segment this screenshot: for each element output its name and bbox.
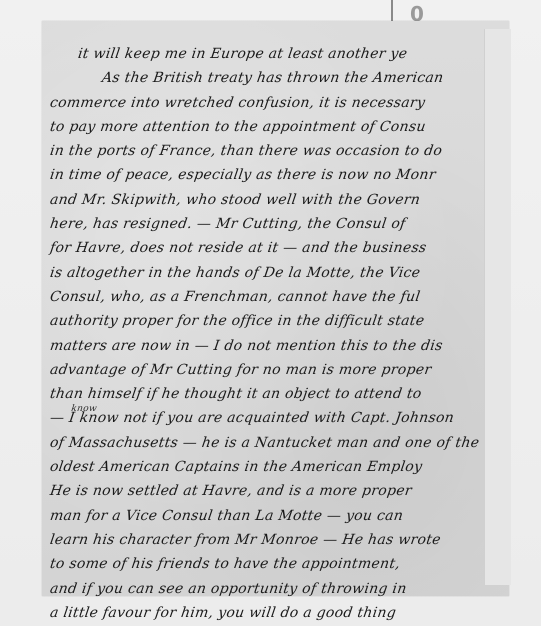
manuscript-line: He is now settled at Havre, and is a mor… xyxy=(48,479,491,503)
manuscript-line: man for a Vice Consul than La Motte — yo… xyxy=(48,504,491,528)
manuscript-line: learn his character from Mr Monroe — He … xyxy=(48,528,491,552)
manuscript-line: for Havre, does not reside at it — and t… xyxy=(48,236,491,260)
manuscript-line: oldest American Captains in the American… xyxy=(48,455,491,479)
manuscript-line: to pay more attention to the appointment… xyxy=(48,115,491,139)
interlinear-insertion: know xyxy=(70,397,99,421)
manuscript-line: advantage of Mr Cutting for no man is mo… xyxy=(48,358,491,382)
manuscript-line: and if you can see an opportunity of thr… xyxy=(48,577,491,601)
manuscript-line: and Mr. Skipwith, who stood well with th… xyxy=(48,188,491,212)
manuscript-line: to some of his friends to have the appoi… xyxy=(48,552,491,576)
manuscript-line: of Massachusetts — he is a Nantucket man… xyxy=(48,431,491,455)
manuscript-line: Consul, who, as a Frenchman, cannot have… xyxy=(48,285,491,309)
manuscript-line: than himself if he thought it an object … xyxy=(48,382,491,406)
manuscript-line: in the ports of France, than there was o… xyxy=(48,139,491,163)
manuscript-line: commerce into wretched confusion, it is … xyxy=(48,91,491,115)
manuscript-line: a little favour for him, you will do a g… xyxy=(48,601,491,625)
manuscript-text: it will keep me in Europe at least anoth… xyxy=(50,42,490,625)
manuscript-line: here, has resigned. — Mr Cutting, the Co… xyxy=(48,212,491,236)
manuscript-line: it will keep me in Europe at least anoth… xyxy=(48,42,491,66)
manuscript-line: authority proper for the office in the d… xyxy=(48,309,491,333)
manuscript-line-text: — I know not if you are acquainted with … xyxy=(49,410,455,426)
manuscript-line: in time of peace, especially as there is… xyxy=(48,163,491,187)
manuscript-line-with-insertion: know — I know not if you are acquainted … xyxy=(48,406,491,430)
manuscript-line: As the British treaty has thrown the Ame… xyxy=(48,66,491,90)
manuscript-line: matters are now in — I do not mention th… xyxy=(48,334,491,358)
manuscript-line: is altogether in the hands of De la Mott… xyxy=(48,261,491,285)
